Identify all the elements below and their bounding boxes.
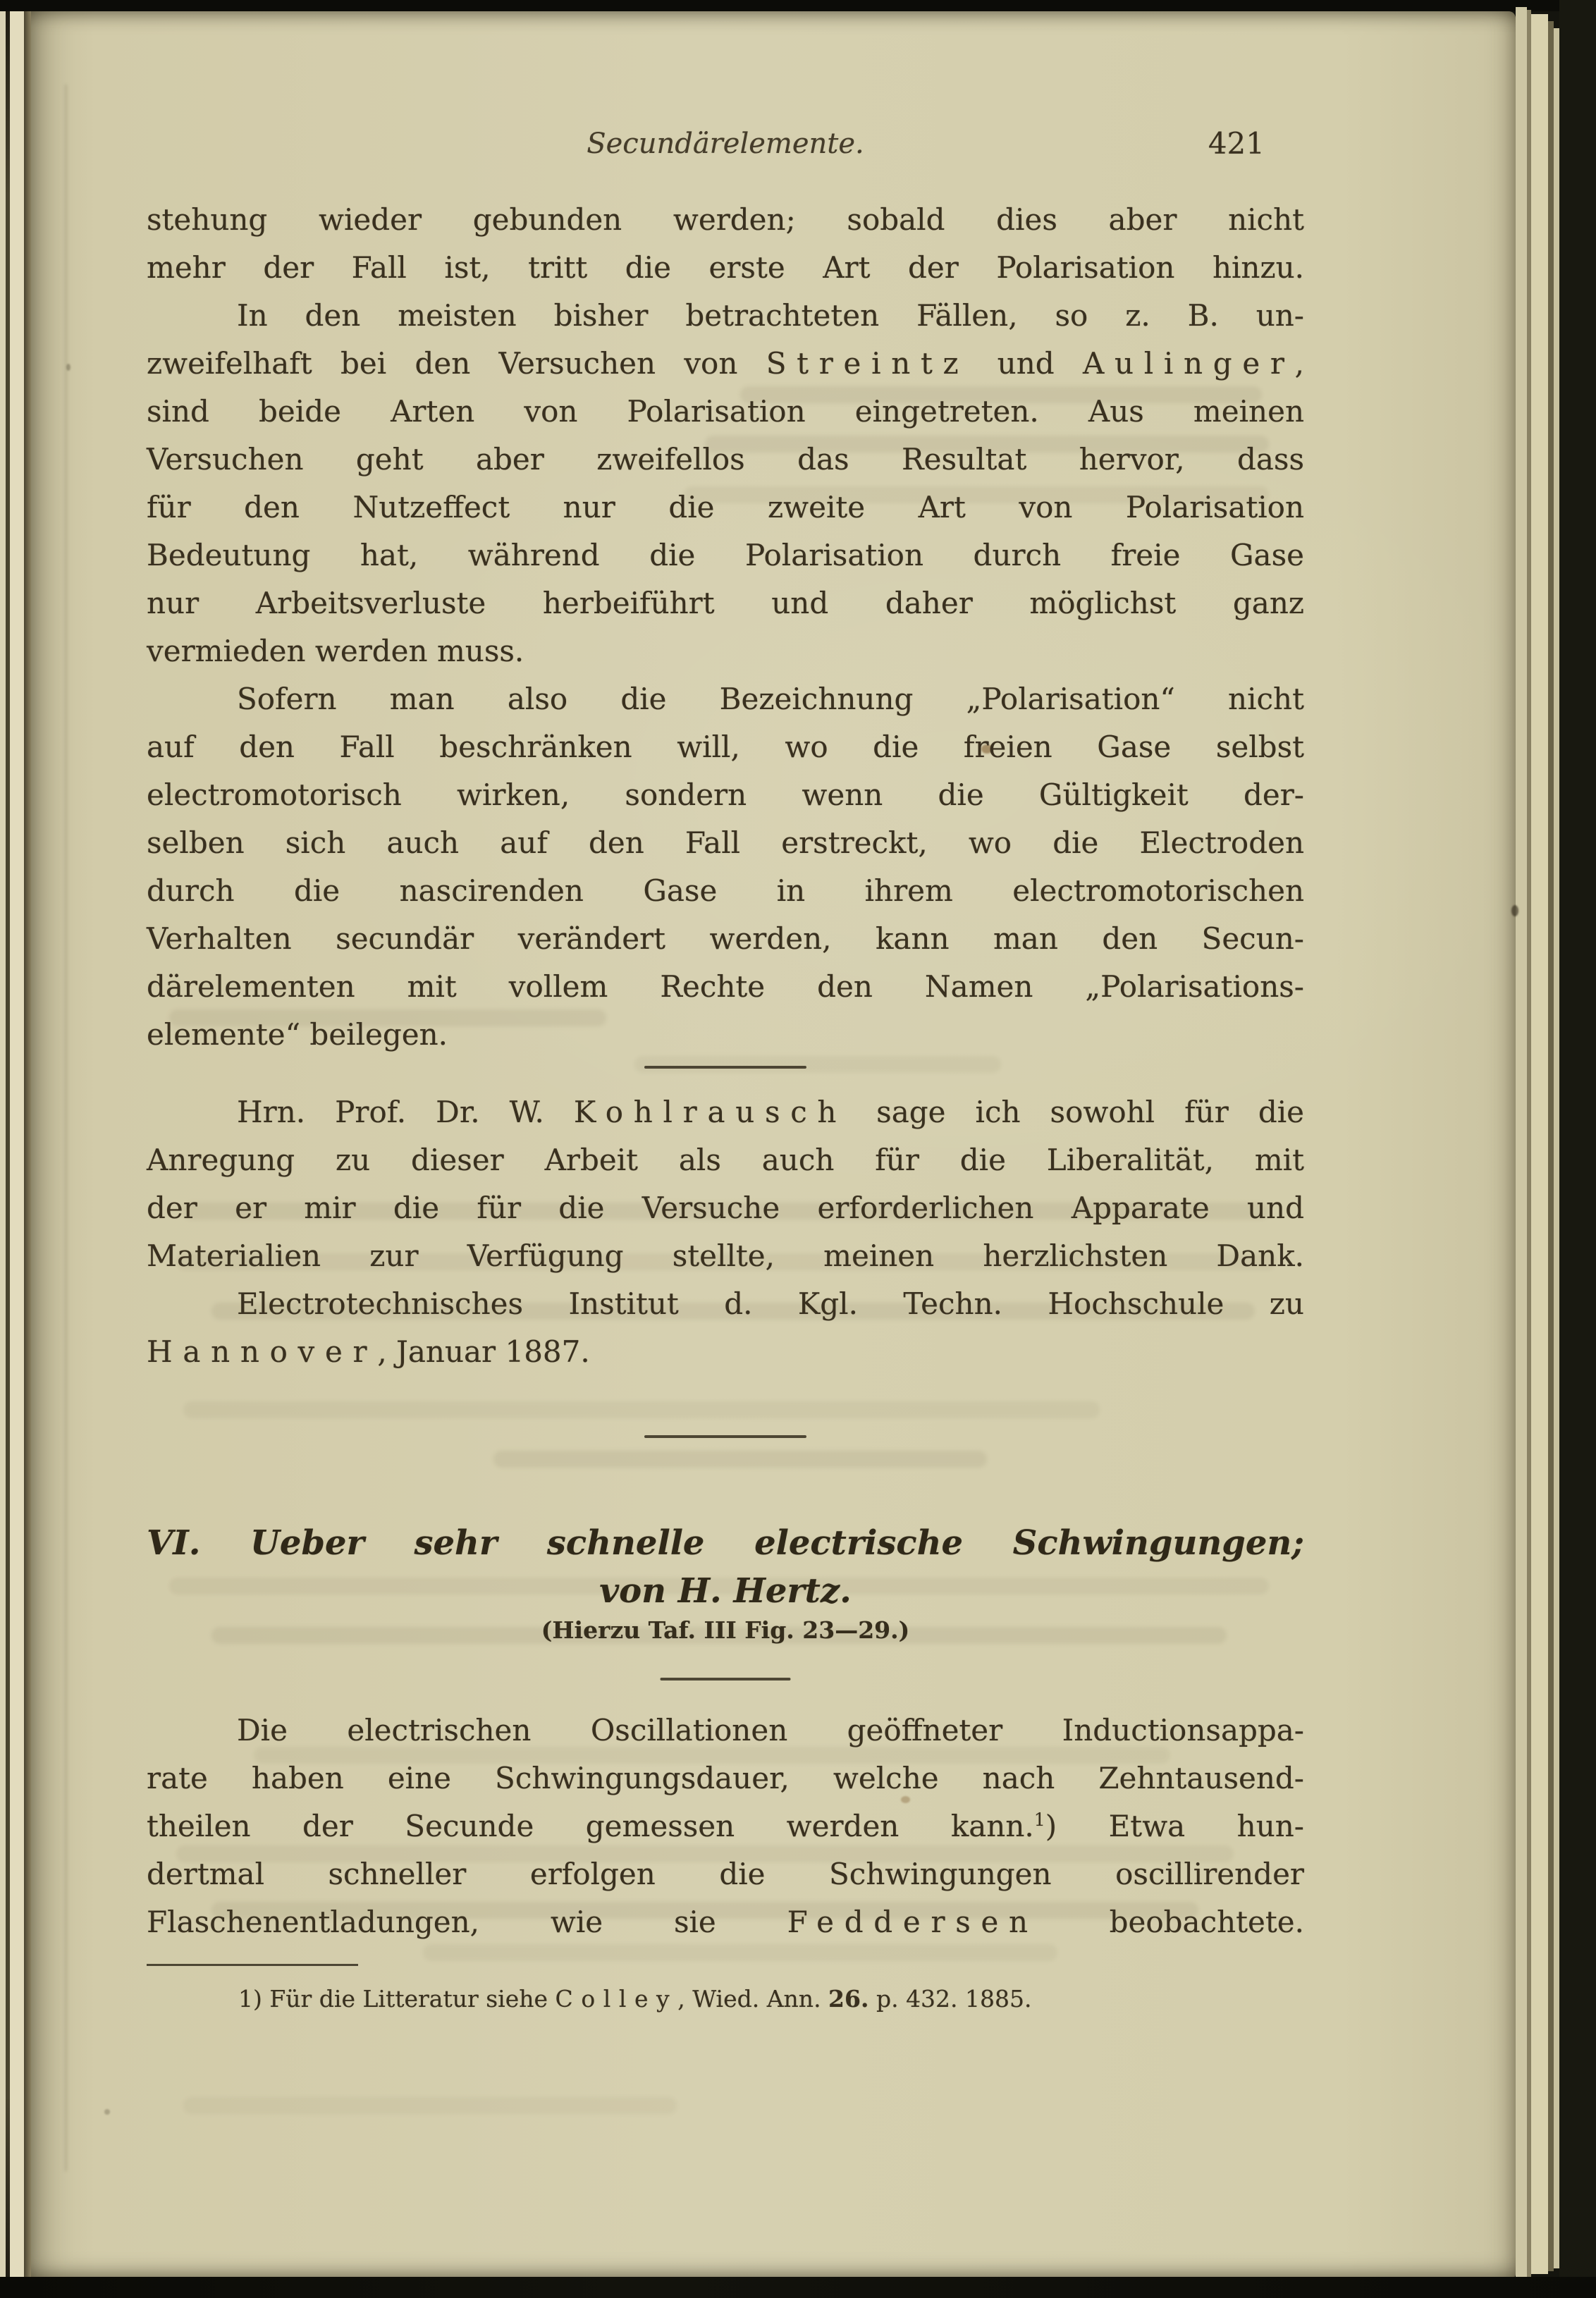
body-text: stehung wieder gebunden werden; sobald d… (147, 196, 1304, 1059)
text-line: Materialien zur Verfügung stellte, meine… (147, 1232, 1304, 1280)
text-line: Electrotechnisches Institut d. Kgl. Tech… (147, 1280, 1304, 1328)
heading-divider (661, 1678, 791, 1681)
left-binding-shadow (24, 11, 31, 2278)
text-line: selben sich auch auf den Fall erstreckt,… (147, 819, 1304, 867)
right-page-edge-strip (1554, 28, 1559, 2268)
text-line: därelementen mit vollem Rechte den Namen… (147, 963, 1304, 1011)
text-line: In den meisten bisher betrachteten Fälle… (147, 292, 1304, 340)
left-page-edge-strip (10, 11, 24, 2278)
text-line: auf den Fall beschränken will, wo die fr… (147, 723, 1304, 771)
text-line: electromotorisch wirken, sondern wenn di… (147, 771, 1304, 819)
text-line: Verhalten secundär verändert werden, kan… (147, 915, 1304, 963)
left-page-edge-strip (0, 11, 6, 2278)
text-line: für den Nutzeffect nur die zweite Art vo… (147, 484, 1304, 532)
footnote: 1) Für die Litteratur siehe Colley, Wied… (147, 1982, 1304, 2016)
text-line: rate haben eine Schwingungsdauer, welche… (147, 1755, 1304, 1802)
right-page-edge-seam (1548, 21, 1554, 2271)
plate-note: (Hierzu Taf. III Fig. 23—29.) (147, 1614, 1304, 1647)
acknowledgement-text: Hrn. Prof. Dr. W. Kohlrausch sage ich so… (147, 1088, 1304, 1376)
text-line: vermieden werden muss. (147, 627, 1304, 675)
text-line: Hrn. Prof. Dr. W. Kohlrausch sage ich so… (147, 1088, 1304, 1136)
article-heading: VI. Ueber sehr schnelle electrische Schw… (147, 1521, 1304, 1647)
section-divider (644, 1066, 806, 1069)
text-line: Anregung zu dieser Arbeit als auch für d… (147, 1136, 1304, 1184)
text-line: durch die nascirenden Gase in ihrem elec… (147, 867, 1304, 915)
text-line: Versuchen geht aber zweifellos das Resul… (147, 436, 1304, 484)
text-line: elemente“ beilegen. (147, 1011, 1304, 1059)
right-page-edge-strip (1516, 7, 1527, 2280)
text-line: Flaschenentladungen, wie sie Feddersen b… (147, 1898, 1304, 1946)
running-title: Secundärelemente. (147, 125, 1304, 162)
scan-top-edge (0, 0, 1596, 11)
text-line: dertmal schneller erfolgen die Schwingun… (147, 1850, 1304, 1898)
scanned-book-page: Secundärelemente. 421 stehung wieder geb… (0, 0, 1596, 2298)
text-line: Bedeutung hat, während die Polarisation … (147, 532, 1304, 579)
text-line: Die electrischen Oscillationen geöffnete… (147, 1707, 1304, 1755)
article-byline: von H. Hertz. (147, 1569, 1304, 1613)
right-page-edge-strip (1531, 14, 1548, 2274)
text-line: zweifelhaft bei den Versuchen von Strein… (147, 340, 1304, 388)
page-number: 421 (1208, 125, 1265, 162)
article-divider (644, 1435, 806, 1438)
footnote-rule (147, 1964, 358, 1966)
text-line: Sofern man also die Bezeichnung „Polaris… (147, 675, 1304, 723)
text-line: Hannover, Januar 1887. (147, 1328, 1304, 1376)
scan-bottom-edge (0, 2277, 1596, 2298)
article-title: VI. Ueber sehr schnelle electrische Schw… (147, 1521, 1304, 1565)
text-line: theilen der Secunde gemessen werden kann… (147, 1802, 1304, 1850)
scan-right-background (1559, 0, 1596, 2298)
text-line: nur Arbeitsverluste herbeiführt und dahe… (147, 579, 1304, 627)
running-head: Secundärelemente. 421 (147, 125, 1304, 162)
text-line: mehr der Fall ist, tritt die erste Art d… (147, 244, 1304, 292)
text-line: der er mir die für die Versuche erforder… (147, 1184, 1304, 1232)
binding-crease (65, 85, 67, 2171)
intro-paragraph: Die electrischen Oscillationen geöffnete… (147, 1707, 1304, 1946)
text-line: sind beide Arten von Polarisation einget… (147, 388, 1304, 436)
text-line: stehung wieder gebunden werden; sobald d… (147, 196, 1304, 244)
